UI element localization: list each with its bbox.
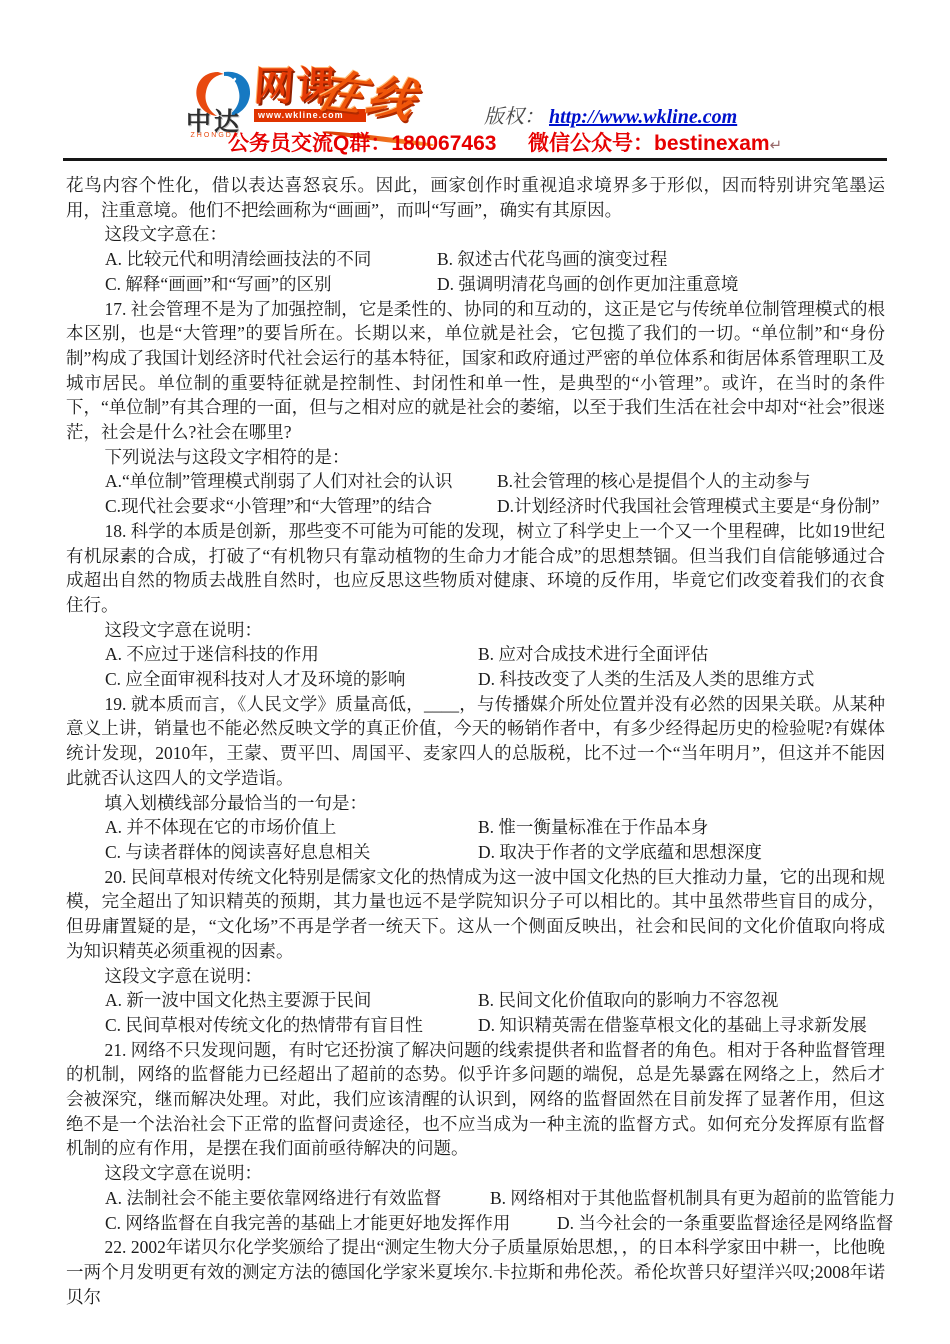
q19-body: 19. 就本质而言，《人民文学》质量高低，____，与传播媒介所处位置并没有必然… — [66, 692, 885, 791]
document-body: 花鸟内容个性化，借以表达喜怒哀乐。因此，画家创作时重视追求境界多于形似，因而特别… — [66, 173, 885, 1309]
q20-options-row-ab: A. 新一波中国文化热主要源于民间 B. 民间文化价值取向的影响力不容忽视 — [66, 988, 885, 1013]
q17-stem: 下列说法与这段文字相符的是： — [66, 445, 885, 470]
q18-option-a: A. 不应过于迷信科技的作用 — [105, 642, 478, 667]
q16-options-row-cd: C. 解释“画画”和“写画”的区别 D. 强调明清花鸟画的创作更加注重意境 — [66, 272, 885, 297]
q17-options-row-cd: C.现代社会要求“小管理”和“大管理”的结合 D.计划经济时代我国社会管理模式主… — [66, 494, 885, 519]
q18-options-row-cd: C. 应全面审视科技对人才及环境的影响 D. 科技改变了人类的生活及人类的思维方… — [66, 667, 885, 692]
q16-stem: 这段文字意在： — [66, 222, 885, 247]
header-divider — [63, 158, 887, 161]
qq-group-line: 公务员交流Q群：180067463 — [228, 127, 496, 157]
q17-body: 17. 社会管理不是为了加强控制，它是柔性的、协同的和互动的，这正是它与传统单位… — [66, 297, 885, 445]
q17-option-c: C.现代社会要求“小管理”和“大管理”的结合 — [105, 494, 497, 519]
q18-options-row-ab: A. 不应过于迷信科技的作用 B. 应对合成技术进行全面评估 — [66, 642, 885, 667]
q21-options-row-ab: A. 法制社会不能主要依靠网络进行有效监督 B. 网络相对于其他监督机制具有更为… — [66, 1186, 885, 1211]
q17-option-d: D.计划经济时代我国社会管理模式主要是“身份制” — [497, 494, 880, 519]
q19-option-d: D. 取决于作者的文学底蕴和思想深度 — [478, 840, 762, 865]
q18-option-d: D. 科技改变了人类的生活及人类的思维方式 — [478, 667, 814, 692]
q21-body: 21. 网络不只发现问题，有时它还扮演了解决问题的线索提供者和监督者的角色。相对… — [66, 1038, 885, 1162]
q19-stem: 填入划横线部分最恰当的一句是： — [66, 791, 885, 816]
q21-options-row-cd: C. 网络监督在自我完善的基础上才能更好地发挥作用 D. 当今社会的一条重要监督… — [66, 1211, 885, 1236]
q16-option-b: B. 叙述古代花鸟画的演变过程 — [437, 247, 667, 272]
q19-option-c: C. 与读者群体的阅读喜好息息相关 — [105, 840, 478, 865]
q21-option-d: D. 当今社会的一条重要监督途径是网络监督 — [557, 1211, 893, 1236]
q17-option-a: A.“单位制”管理模式削弱了人们对社会的认识 — [105, 469, 497, 494]
q18-body: 18. 科学的本质是创新，那些变不可能为可能的发现，树立了科学史上一个又一个里程… — [66, 519, 885, 618]
q21-option-b: B. 网络相对于其他监督机制具有更为超前的监管能力 — [490, 1186, 895, 1211]
q20-stem: 这段文字意在说明： — [66, 964, 885, 989]
q20-options-row-cd: C. 民间草根对传统文化的热情带有盲目性 D. 知识精英需在借鉴草根文化的基础上… — [66, 1013, 885, 1038]
q16-options-row-ab: A. 比较元代和明清绘画技法的不同 B. 叙述古代花鸟画的演变过程 — [66, 247, 885, 272]
q22-body: 22. 2002年诺贝尔化学奖颁给了提出“测定生物大分子质量原始思想，，的日本科… — [66, 1235, 885, 1309]
q18-option-c: C. 应全面审视科技对人才及环境的影响 — [105, 667, 478, 692]
q16-option-a: A. 比较元代和明清绘画技法的不同 — [105, 247, 437, 272]
wechat-text: 微信公众号：bestinexam — [528, 132, 770, 155]
q18-option-b: B. 应对合成技术进行全面评估 — [478, 642, 708, 667]
logo-title-zaixian: 在线 — [311, 67, 425, 126]
q20-option-c: C. 民间草根对传统文化的热情带有盲目性 — [105, 1013, 478, 1038]
q17-options-row-ab: A.“单位制”管理模式削弱了人们对社会的认识 B.社会管理的核心是提倡个人的主动… — [66, 469, 885, 494]
q19-options-row-ab: A. 并不体现在它的市场价值上 B. 惟一衡量标准在于作品本身 — [66, 815, 885, 840]
q21-option-c: C. 网络监督在自我完善的基础上才能更好地发挥作用 — [105, 1211, 557, 1236]
q16-option-c: C. 解释“画画”和“写画”的区别 — [105, 272, 437, 297]
q21-option-a: A. 法制社会不能主要依靠网络进行有效监督 — [105, 1186, 490, 1211]
q19-option-a: A. 并不体现在它的市场价值上 — [105, 815, 478, 840]
wechat-line: 微信公众号：bestinexam↵ — [528, 127, 782, 157]
copyright-label: 版权： — [484, 106, 544, 128]
q20-option-a: A. 新一波中国文化热主要源于民间 — [105, 988, 478, 1013]
q18-stem: 这段文字意在说明： — [66, 618, 885, 643]
copyright-line: 版权： http://www.wkline.com — [484, 100, 737, 129]
passage-16-body: 花鸟内容个性化，借以表达喜怒哀乐。因此，画家创作时重视追求境界多于形似，因而特别… — [66, 173, 885, 222]
q20-option-d: D. 知识精英需在借鉴草根文化的基础上寻求新发展 — [478, 1013, 867, 1038]
page-header: 中达 ZHONGDA 网课 www.wkline.com 在线 版权： http… — [0, 0, 950, 170]
q19-option-b: B. 惟一衡量标准在于作品本身 — [478, 815, 708, 840]
q20-body: 20. 民间草根对传统文化特别是儒家文化的热情成为这一波中国文化热的巨大推动力量… — [66, 865, 885, 964]
q16-option-d: D. 强调明清花鸟画的创作更加注重意境 — [437, 272, 738, 297]
q21-stem: 这段文字意在说明： — [66, 1161, 885, 1186]
q20-option-b: B. 民间文化价值取向的影响力不容忽视 — [478, 988, 778, 1013]
q19-options-row-cd: C. 与读者群体的阅读喜好息息相关 D. 取决于作者的文学底蕴和思想深度 — [66, 840, 885, 865]
paragraph-mark: ↵ — [770, 137, 783, 154]
copyright-url-link[interactable]: http://www.wkline.com — [549, 106, 737, 128]
q17-option-b: B.社会管理的核心是提倡个人的主动参与 — [497, 469, 811, 494]
